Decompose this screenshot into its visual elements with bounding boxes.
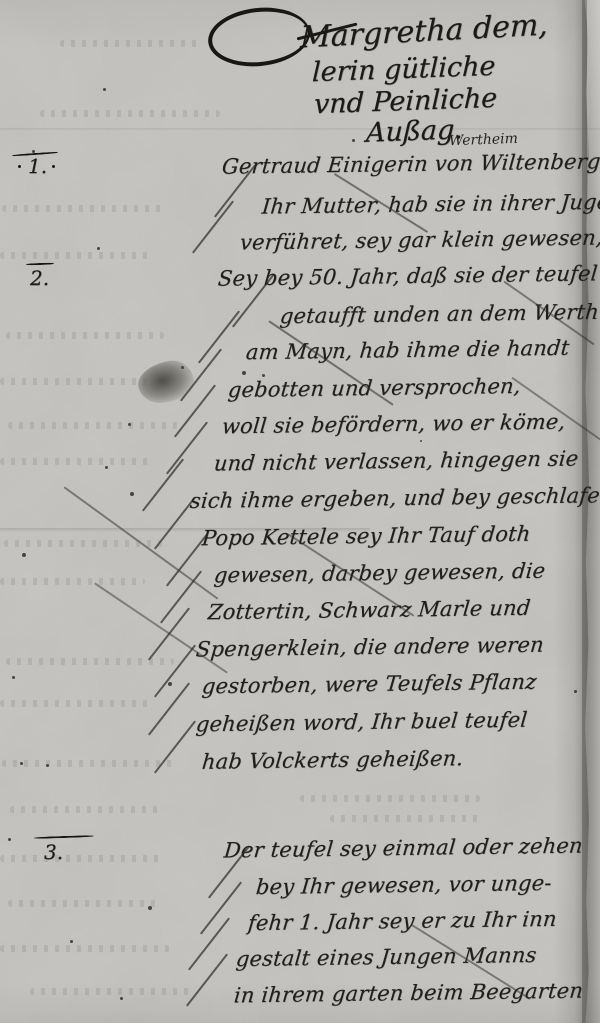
handwriting-line: hab Volckerts geheißen.	[201, 746, 465, 774]
pen-flourish-stroke	[148, 682, 190, 735]
pen-flourish-stroke	[154, 720, 196, 773]
title-line: vnd Peinliche	[314, 83, 498, 120]
pen-flourish-stroke	[192, 200, 234, 253]
ink-speck	[8, 838, 11, 841]
handwriting-line: am Mayn, hab ihme die handt	[245, 336, 571, 365]
bleedthrough-text	[40, 110, 220, 117]
handwriting-line: gewesen, darbey gewesen, die	[213, 559, 546, 588]
bleedthrough-text	[300, 795, 480, 802]
handwriting-line: Spengerklein, die andere weren	[195, 633, 545, 662]
ink-speck	[20, 762, 23, 765]
handwriting-line: Sey bey 50. Jahr, daß sie der teufel	[217, 261, 599, 290]
pen-flourish-stroke	[154, 644, 196, 697]
handwriting-line: verführet, sey gar klein gewesen,	[239, 225, 600, 254]
handwriting-line: Zottertin, Schwarz Marle und	[207, 596, 532, 625]
ink-speck	[70, 940, 73, 943]
pen-flourish-stroke	[160, 570, 202, 623]
bleedthrough-text	[0, 378, 148, 385]
title-line: Margretha dem,	[300, 7, 548, 55]
pen-flourish-stroke	[142, 458, 184, 511]
insertion-wertheim: Wertheim	[449, 131, 518, 149]
handwriting-line: gestorben, were Teufels Pflanz	[201, 670, 538, 699]
margin-number: 3.	[44, 840, 63, 864]
bleedthrough-text	[2, 760, 174, 767]
ink-speck	[97, 247, 100, 250]
handwriting-line: Der teufel sey einmal oder zehen	[223, 833, 584, 862]
bleedthrough-text	[4, 540, 164, 547]
bleedthrough-text	[6, 658, 174, 665]
handwriting-line: gestalt eines Jungen Manns	[235, 943, 538, 971]
bleedthrough-text	[30, 988, 190, 995]
title-line: lerin gütliche	[312, 51, 496, 88]
ink-speck	[352, 139, 355, 142]
margin-number-overline	[34, 835, 94, 839]
ink-speck	[130, 492, 134, 496]
bleedthrough-text	[0, 945, 170, 952]
bleedthrough-text	[0, 578, 145, 585]
handwriting-line: gebotten und versprochen,	[227, 374, 522, 402]
ink-blot	[134, 357, 197, 408]
ink-speck	[574, 690, 577, 693]
handwriting-line: Gertraud Einigerin von Wiltenberg	[221, 149, 600, 178]
ink-speck	[168, 682, 172, 686]
bleedthrough-text	[330, 815, 480, 822]
bleedthrough-text	[0, 458, 150, 465]
handwriting-line: Popo Kettele sey Ihr Tauf doth	[201, 522, 532, 551]
bleedthrough-text	[0, 855, 160, 862]
ink-speck	[181, 366, 184, 369]
pen-flourish-stroke	[198, 310, 240, 363]
bleedthrough-text	[0, 252, 150, 259]
ink-speck	[46, 764, 49, 767]
ink-speck	[242, 371, 246, 375]
bleedthrough-text	[10, 806, 160, 813]
margin-number-dot	[18, 165, 21, 168]
ink-speck	[105, 466, 108, 469]
bleedthrough-text	[60, 40, 200, 47]
margin-number-dot	[52, 165, 55, 168]
bleedthrough-text	[0, 700, 150, 707]
ink-speck	[128, 423, 131, 426]
pen-flourish-stroke	[180, 348, 222, 401]
bleedthrough-text	[8, 900, 158, 907]
bleedthrough-text	[6, 332, 164, 339]
handwriting-line: in ihrem garten beim Beegarten	[233, 979, 584, 1008]
ink-speck	[148, 906, 152, 910]
bleedthrough-text	[2, 205, 167, 212]
ink-speck	[12, 676, 15, 679]
handwriting-line: und nicht verlassen, hingegen sie	[213, 446, 580, 475]
manuscript-page: Margretha dem, lerin gütliche vnd Peinli…	[0, 0, 600, 1023]
bleedthrough-text	[8, 422, 178, 429]
ink-speck	[420, 440, 422, 442]
handwriting-line: getaufft unden an dem Werth	[279, 300, 600, 328]
handwriting-line: geheißen word, Ihr buel teufel	[195, 708, 528, 737]
handwriting-line: Ihr Mutter, hab sie in ihrer Jugend	[261, 189, 600, 218]
pen-flourish-stroke	[186, 953, 228, 1006]
handwriting-line: fehr 1. Jahr sey er zu Ihr inn	[247, 907, 558, 935]
pen-flourish-stroke	[200, 881, 242, 934]
ink-speck	[103, 88, 106, 91]
margin-number: 1.	[28, 154, 47, 178]
pen-flourish-stroke	[188, 917, 230, 970]
ink-speck	[22, 553, 26, 557]
pen-flourish-stroke	[148, 607, 190, 660]
handwriting-line: woll sie befördern, wo er köme,	[221, 410, 567, 439]
handwriting-line: sich ihme ergeben, und bey geschlafen,	[189, 483, 600, 513]
ink-speck	[120, 997, 123, 1000]
pen-flourish-stroke	[166, 421, 208, 474]
handwriting-line: bey Ihr gewesen, vor unge-	[255, 871, 553, 899]
margin-number: 2.	[30, 266, 49, 290]
pen-flourish-stroke	[174, 384, 216, 437]
